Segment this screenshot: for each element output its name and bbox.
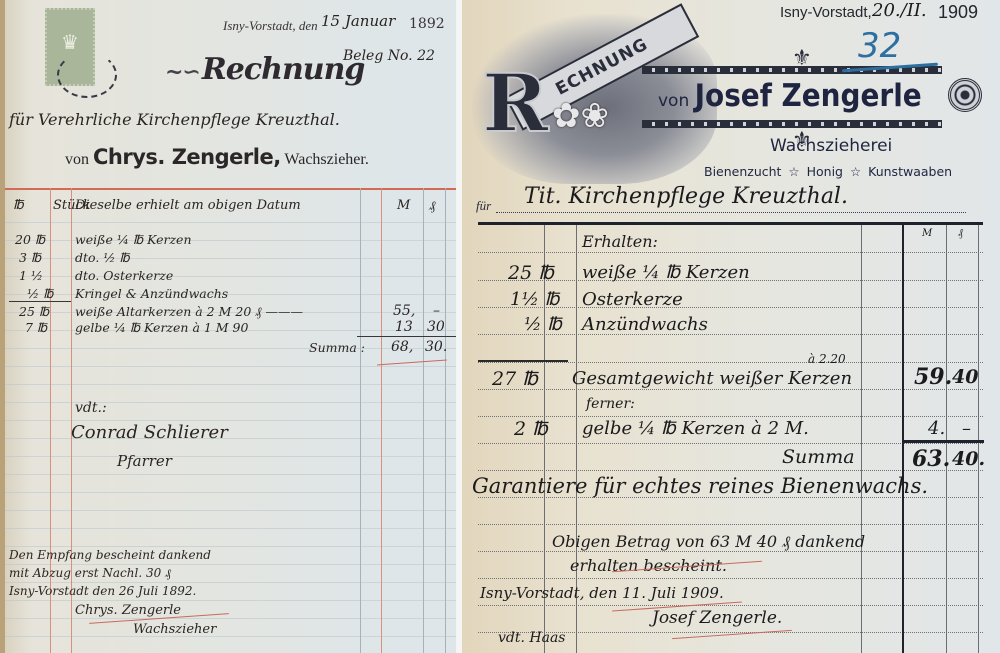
invoice-year: 1892	[409, 16, 445, 32]
row-description: weiße ¼ ℔ Kerzen	[582, 262, 750, 283]
ruling-line	[5, 348, 456, 349]
row-qty: 1½ ℔	[510, 289, 559, 310]
ruling-line	[478, 605, 983, 606]
sender-trade: Wachszieherei	[770, 136, 892, 156]
row-unit-price: à 2.20	[808, 352, 846, 366]
invoice-date: 20./II.	[872, 0, 927, 21]
approval-signature: Conrad Schlierer	[71, 422, 228, 443]
sum-label: Summa :	[309, 340, 365, 355]
red-check-mark	[377, 360, 447, 366]
invoice-title: Rechnung	[165, 52, 364, 87]
flower-icon: ✿❀	[552, 96, 609, 136]
ruling-line	[5, 276, 456, 277]
total-rule	[902, 440, 984, 443]
column-rule	[423, 188, 424, 653]
row-mark: 55,	[393, 303, 415, 319]
row-pfennig: 40	[952, 366, 978, 388]
sender-line: von Chrys. Zengerle, Wachszieher.	[65, 145, 369, 169]
footer-note: vdt. Haas	[498, 630, 565, 646]
crown-icon: ♛	[61, 30, 79, 54]
sender-prefix: von	[658, 91, 689, 111]
row-description: dto. ½ ℔	[75, 250, 130, 265]
postmark-icon	[57, 52, 117, 98]
folio-number: 32	[858, 26, 901, 66]
ruling-line	[5, 294, 456, 295]
approval-title: Pfarrer	[117, 452, 172, 470]
sender-name: Josef Zengerle	[695, 78, 922, 114]
ruling-line	[5, 582, 456, 583]
recipient-dotted-line	[496, 212, 966, 213]
receipt-signature: Chrys. Zengerle	[75, 603, 181, 618]
ruling-line	[5, 528, 456, 529]
ruling-line	[5, 492, 456, 493]
row-qty: 25 ℔	[19, 304, 49, 319]
receipt-signature: Josef Zengerle.	[652, 608, 782, 628]
row-qty: 20 ℔	[15, 232, 45, 247]
sender-trade: Wachszieher.	[284, 151, 368, 168]
sum-pfennig: 30.	[425, 339, 447, 355]
header-unit: ℔	[13, 198, 24, 213]
ruling-line	[5, 384, 456, 385]
receipt-line-1: Obigen Betrag von 63 M 40 ₰ dankend	[552, 532, 865, 552]
column-rule	[360, 188, 361, 653]
place-label: Isny-Vorstadt,	[780, 4, 872, 21]
ruling-line	[5, 546, 456, 547]
subtotal-rule	[478, 360, 568, 362]
row-description: ferner:	[586, 396, 635, 412]
column-rule	[381, 188, 382, 653]
receipt-line-1: Den Empfang bescheint dankend	[9, 548, 211, 562]
row-description: Osterkerze	[582, 289, 683, 310]
row-pfennig: –	[962, 418, 971, 439]
receipt-line-2: mit Abzug erst Nachl. 30 ₰	[9, 566, 171, 581]
header-rule	[478, 222, 983, 225]
row-qty: 27 ℔	[492, 368, 538, 390]
left-invoice-1892: ♛ Isny-Vorstadt, den 15 Januar 1892 Rech…	[0, 0, 456, 653]
row-description: gelbe ¼ ℔ Kerzen à 2 M.	[582, 418, 809, 439]
receipt-signature-title: Wachszieher	[133, 622, 216, 637]
recipient-label: für	[476, 198, 491, 214]
column-rule	[861, 225, 862, 653]
ruling-line	[5, 474, 456, 475]
invoice-year: 1909	[938, 2, 978, 23]
sum-mark: 68,	[391, 339, 413, 355]
recipient-line: für Verehrliche Kirchenpflege Kreuzthal.	[9, 110, 340, 129]
row-description: weiße Altarkerzen à 2 M 20 ₰ ———	[75, 304, 303, 320]
ruling-line	[478, 416, 983, 417]
row-description: Anzündwachs	[582, 314, 708, 335]
ruling-line	[5, 600, 456, 601]
column-rule	[445, 188, 446, 653]
ruling-line	[5, 618, 456, 619]
sender-services: Bienenzucht ☆ Honig ☆ Kunstwaaben	[704, 164, 952, 179]
row-qty: ½ ℔	[524, 314, 562, 335]
row-qty: ½ ℔	[27, 286, 53, 301]
sender-line: von Josef Zengerle	[658, 78, 922, 114]
ruling-line	[478, 524, 983, 525]
row-qty: 1 ½	[19, 268, 43, 283]
ruling-line	[478, 443, 983, 444]
row-mark: 59.	[914, 364, 952, 390]
receipt-line-3: Isny-Vorstadt den 26 Juli 1892.	[9, 584, 196, 598]
guarantee-note: Garantiere für echtes reines Bienenwachs…	[472, 474, 928, 498]
sender-prefix: von	[65, 151, 89, 168]
ruling-line	[5, 510, 456, 511]
ruling-line	[5, 456, 456, 457]
ruling-line	[478, 470, 983, 471]
sender-name: Chrys. Zengerle,	[93, 145, 281, 169]
header-pfennig: ₰	[958, 228, 963, 239]
frame-border-bottom	[642, 120, 942, 128]
ruling-line	[5, 240, 456, 241]
receipt-line-3: Isny-Vorstadt, den 11. Juli 1909.	[480, 584, 724, 602]
column-rule	[978, 225, 979, 653]
column-rule	[946, 225, 947, 653]
ruling-line	[478, 252, 983, 253]
row-qty: 3 ℔	[19, 250, 41, 265]
sum-mark: 63.	[912, 446, 950, 472]
row-pfennig: –	[433, 303, 440, 319]
row-pfennig: 30	[427, 319, 445, 335]
right-invoice-1909: ECHNUNG R ✿❀ ⚜ ⚜ Isny-Vorstadt, 20./II. …	[462, 0, 1000, 653]
banner-initial: R	[482, 56, 548, 150]
place-label: Isny-Vorstadt, den	[223, 18, 318, 34]
row-mark: 4.	[928, 418, 945, 439]
header-description: Dieselbe erhielt am obigen Datum	[75, 198, 301, 213]
ruling-line	[478, 389, 983, 390]
row-qty: 7 ℔	[25, 320, 47, 335]
approval-prefix: vdt.:	[75, 400, 107, 416]
ruling-line	[5, 222, 456, 223]
row-description: weiße ¼ ℔ Kerzen	[75, 232, 192, 247]
row-qty: 2 ℔	[514, 418, 548, 440]
header-pfennig: ₰	[429, 198, 436, 214]
header-rule	[5, 188, 456, 190]
ruling-line	[5, 258, 456, 259]
column-rule	[902, 225, 904, 653]
row-description: gelbe ¼ ℔ Kerzen à 1 M 90	[75, 320, 248, 335]
ruling-line	[478, 362, 983, 363]
ruling-line	[478, 578, 983, 579]
row-mark: 13	[395, 319, 413, 335]
recipient-value: Tit. Kirchenpflege Kreuzthal.	[524, 184, 848, 209]
ruling-line	[5, 420, 456, 421]
ruling-line	[5, 636, 456, 637]
folio-number: Beleg No. 22	[343, 48, 435, 64]
row-description: Gesamtgewicht weißer Kerzen	[572, 368, 852, 389]
rosette-ornament-icon	[948, 78, 982, 112]
palmette-ornament-icon: ⚜	[792, 46, 812, 71]
invoice-date: 15 Januar	[321, 12, 395, 30]
header-mark: M	[397, 198, 410, 213]
ruling-line	[5, 564, 456, 565]
ruling-line	[5, 366, 456, 367]
subtotal-rule	[9, 301, 71, 302]
row-description: dto. Osterkerze	[75, 268, 173, 283]
row-description: Kringel & Anzündwachs	[75, 286, 228, 301]
sum-label: Summa	[782, 446, 855, 468]
row-qty: 25 ℔	[508, 262, 554, 284]
sum-pfennig: 40.	[952, 448, 985, 470]
header-mark: M	[922, 228, 932, 239]
row-description: Erhalten:	[582, 232, 658, 251]
total-rule	[357, 336, 456, 337]
ruling-line	[5, 402, 456, 403]
